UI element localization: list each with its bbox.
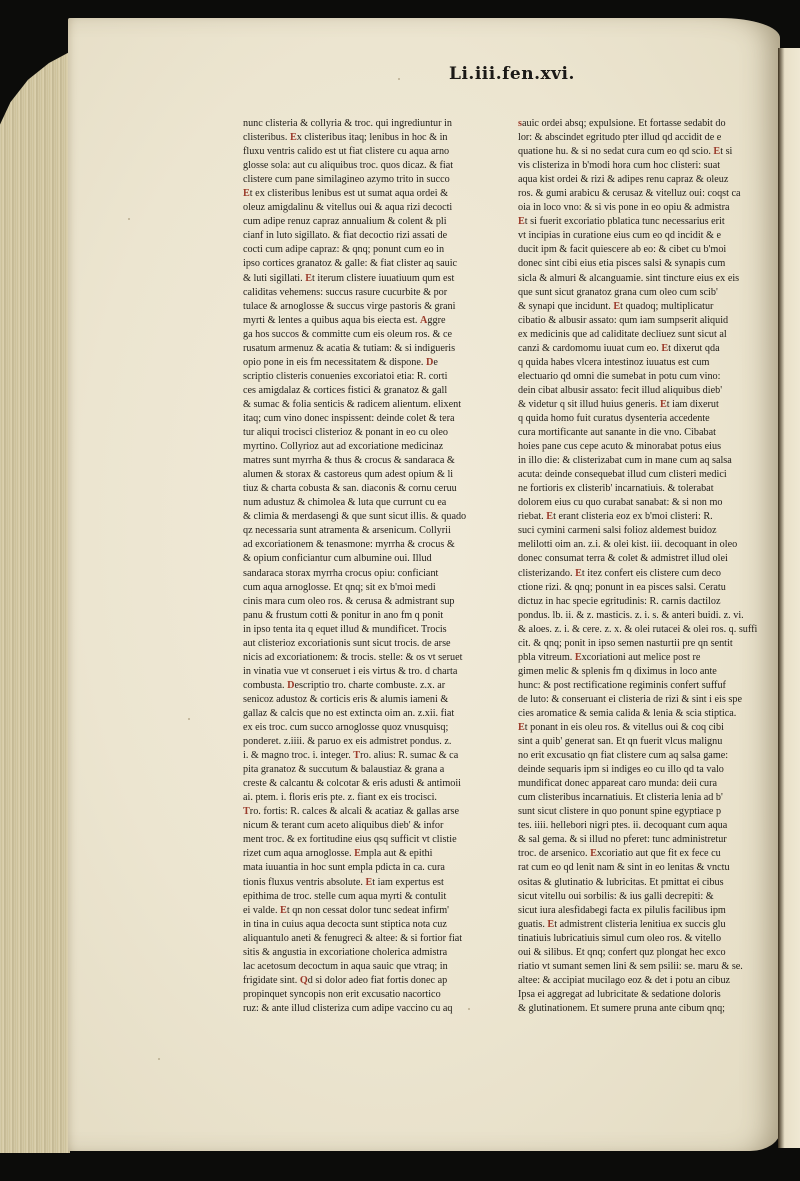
text-line: gimen melic & splenis fm q diximus in lo… — [518, 665, 763, 679]
rubricated-initial: E — [365, 877, 372, 888]
text-line: canzi & cardomomu iuuat cum eo. Et dixer… — [518, 342, 763, 356]
text-line: & videtur q sit illud huius generis. Et … — [518, 398, 763, 412]
text-line: nunc clisteria & collyria & troc. qui in… — [243, 117, 503, 131]
text-line: riatio vt sumant semen lini & sem psilii… — [518, 960, 763, 974]
text-line: melilotti oim an. z.i. & olei kist. iii.… — [518, 538, 763, 552]
text-line: de luto: & conseruant ei clisteria de ri… — [518, 693, 763, 707]
text-line: mundificat donec appareat caro munda: de… — [518, 777, 763, 791]
text-line: oleuz amigdalinu & vitellus oui & aqua r… — [243, 201, 503, 215]
text-line: que sunt sicut granatoz grana cum oleo c… — [518, 286, 763, 300]
rubricated-initial: E — [305, 273, 312, 284]
rubricated-initial: A — [420, 315, 427, 326]
rubricated-initial: E — [547, 919, 554, 930]
text-line: dictuz in hac specie egritudinis: R. car… — [518, 595, 763, 609]
rubricated-initial: E — [518, 722, 525, 733]
text-line: opio pone in eis fm necessitatem & dispo… — [243, 356, 503, 370]
text-line: pondus. lb. ii. & z. masticis. z. i. s. … — [518, 609, 763, 623]
text-line: quatione hu. & si no sedat cura cum eo q… — [518, 145, 763, 159]
facing-page-gutter — [778, 48, 800, 1148]
text-line: ei valde. Et qn non cessat dolor tunc se… — [243, 904, 503, 918]
text-line: propinquet syncopis non erit excusatio n… — [243, 988, 503, 1002]
text-line: Et ponant in eis oleu ros. & vitellus ou… — [518, 721, 763, 735]
text-line: ruz: & ante illud clisteriza cum adipe v… — [243, 1002, 503, 1016]
text-line: aliquantulo aneti & fenugreci & altee: &… — [243, 932, 503, 946]
text-line: & sal gema. & si illud no pferet: tunc a… — [518, 833, 763, 847]
text-line: ment troc. & ex fortitudine eius qsq suf… — [243, 833, 503, 847]
text-line: myrtino. Collyrioz aut ad excoriatione m… — [243, 440, 503, 454]
rubricated-initial: E — [290, 132, 297, 143]
text-line: vis clisteriza in b'modi hora cum hoc cl… — [518, 159, 763, 173]
text-line: lac acetosum decoctum in aqua sauic que … — [243, 960, 503, 974]
text-line: caliditas vehemens: succus rasure cucurb… — [243, 286, 503, 300]
text-line: cies aromatice & semia calida & lenia & … — [518, 707, 763, 721]
text-line: ositas & glutinatio & lubricitas. Et pmi… — [518, 876, 763, 890]
rubricated-initial: s — [518, 118, 522, 129]
text-line: in illo die: & clisterizabat cum in mane… — [518, 454, 763, 468]
text-line: fluxu ventris calido est ut fiat clister… — [243, 145, 503, 159]
text-line: num adustuz & chimolea & luta que currun… — [243, 496, 503, 510]
text-line: ces amigdalaz & cortices fistici & grana… — [243, 384, 503, 398]
text-line: deinde sequaris ipm si indiges eo cu ill… — [518, 763, 763, 777]
text-column-left: nunc clisteria & collyria & troc. qui in… — [243, 117, 508, 1016]
text-line: suci cymini carmeni salsi folioz aldemes… — [518, 524, 763, 538]
text-line: rizet cum aqua arnoglosse. Empla aut & e… — [243, 847, 503, 861]
text-line: ponderet. z.iiii. & paruo ex eis admistr… — [243, 735, 503, 749]
text-line: clisteribus. Ex clisteribus itaq; lenibu… — [243, 131, 503, 145]
text-line: ex eis troc. cum succo arnoglosse quoz v… — [243, 721, 503, 735]
text-line: nicum & terant cum aceto aliquibus dieb'… — [243, 819, 503, 833]
text-line: Et ex clisteribus lenibus est ut sumat a… — [243, 187, 503, 201]
rubricated-initial: E — [546, 511, 553, 522]
text-line: ne fortioris ex clisterib' incarnatiuis.… — [518, 482, 763, 496]
text-line: sunt sicut clistere in quo ponunt spine … — [518, 805, 763, 819]
text-line: panu & frustum cotti & ponitur in ano fm… — [243, 609, 503, 623]
text-line: altee: & accipiat mucilago eoz & det i p… — [518, 974, 763, 988]
text-line: epithima de troc. stelle cum aqua myrti … — [243, 890, 503, 904]
text-line: rusatum armenuz & acatia & tutiam: & si … — [243, 342, 503, 356]
text-line: troc. de arsenico. Excoriatio aut que fi… — [518, 847, 763, 861]
text-line: & opium conficiantur cum albumine oui. I… — [243, 552, 503, 566]
text-line: ctione rizi. & qnq; ponunt in ea pisces … — [518, 581, 763, 595]
rubricated-initial: T — [353, 750, 360, 761]
rubricated-initial: E — [280, 905, 287, 916]
text-line: tinatiuis lubricatiuis simul cum oleo ro… — [518, 932, 763, 946]
text-line: sicla & almuri & alcanguamie. sint tinct… — [518, 272, 763, 286]
rubricated-initial: E — [660, 399, 667, 410]
rubricated-initial: E — [575, 568, 582, 579]
text-line: qz necessaria sunt atramenta & arsenicum… — [243, 524, 503, 538]
text-line: cum aqua arnoglosse. Et qnq; sit ex b'mo… — [243, 581, 503, 595]
text-line: guatis. Et admistrent clisteria lenitiua… — [518, 918, 763, 932]
text-line: ai. ptem. i. floris eris pte. z. fiant e… — [243, 791, 503, 805]
rubricated-initial: E — [661, 343, 668, 354]
text-line: i. & magno troc. i. integer. Tro. alius:… — [243, 749, 503, 763]
text-line: sauic ordei absq; expulsione. Et fortass… — [518, 117, 763, 131]
text-line: electuario qd omni die sumebat in potu c… — [518, 370, 763, 384]
rubricated-initial: E — [713, 146, 720, 157]
text-line: alumen & storax & castoreus qum adest op… — [243, 468, 503, 482]
text-line: ad excoriationem & tenasmone: myrrha & c… — [243, 538, 503, 552]
text-line: cocti cum adipe capraz: & qnq; ponunt cu… — [243, 243, 503, 257]
text-line: ducit ipm & facit quiescere ab eo: & cib… — [518, 243, 763, 257]
text-line: tur aliqui trocisci clisterioz & ponant … — [243, 426, 503, 440]
text-line: aqua kist ordei & rizi & adipes renu cap… — [518, 173, 763, 187]
rubricated-initial: E — [354, 848, 361, 859]
text-line: cianf in luto sigillato. & fiat decoctio… — [243, 229, 503, 243]
text-line: in vinatia vue vt conseruet i eis virtus… — [243, 665, 503, 679]
text-line: cura mortificante aut sanante in die vno… — [518, 426, 763, 440]
rubricated-initial: D — [426, 357, 433, 368]
text-line: itaq; cum vino donec inspissent: deinde … — [243, 412, 503, 426]
text-line: matres sunt myrrha & thus & crocus & san… — [243, 454, 503, 468]
text-line: hunc: & post rectificatione regiminis co… — [518, 679, 763, 693]
text-line: & synapi que incidunt. Et quadoq; multip… — [518, 300, 763, 314]
text-line: clisterizando. Et itez confert eis clist… — [518, 567, 763, 581]
text-line: cinis mara cum oleo ros. & cerusa & admi… — [243, 595, 503, 609]
text-line: sandaraca storax myrrha crocus opiu: con… — [243, 567, 503, 581]
text-line: mata iuuantia in hoc sunt empla pdicta i… — [243, 861, 503, 875]
text-line: ga hos succos & committe cum eis oleum r… — [243, 328, 503, 342]
text-line: tiuz & charta cobusta & san. diaconis & … — [243, 482, 503, 496]
text-line: pbla vitreum. Excoriationi aut melice po… — [518, 651, 763, 665]
text-line: cit. & qnq; ponit in ipso semen nasturti… — [518, 637, 763, 651]
rubricated-initial: D — [287, 680, 294, 691]
text-line: rat cum eo qd lenit nam & sint in eo len… — [518, 861, 763, 875]
text-column-right: sauic ordei absq; expulsione. Et fortass… — [518, 117, 768, 1016]
text-line: Ipsa ei aggregat ad lubricitate & sedati… — [518, 988, 763, 1002]
text-line: dolorem eius cu quo curabat sanabat: & s… — [518, 496, 763, 510]
rubricated-initial: E — [590, 848, 597, 859]
rubricated-initial: E — [518, 216, 525, 227]
rubricated-initial: E — [613, 301, 620, 312]
text-line: glosse sola: aut cu aliquibus troc. quos… — [243, 159, 503, 173]
text-line: donec sint cibi eius etia pisces salsi &… — [518, 257, 763, 271]
text-line: scriptio clisteris conuenies excoriatoi … — [243, 370, 503, 384]
text-line: in tina in cuius aqua decocta sunt stipt… — [243, 918, 503, 932]
running-head: Li.iii.fen.xvi. — [449, 64, 575, 84]
text-line: hoies pane cus cepe acuto & minorabat po… — [518, 440, 763, 454]
text-line: q quida habes vlcera intestinoz iuuatus … — [518, 356, 763, 370]
rubricated-initial: E — [575, 652, 582, 663]
text-line: aut clisterioz excoriationis sunt sicut … — [243, 637, 503, 651]
text-line: ipso cortices granatoz & galle: & fiat c… — [243, 257, 503, 271]
text-line: sicut iura alesfidabegi facta ex pilulis… — [518, 904, 763, 918]
text-line: & sumac & folia senticis & radicem alien… — [243, 398, 503, 412]
text-line: tes. iiii. hellebori nigri ptes. ii. dec… — [518, 819, 763, 833]
rubricated-initial: E — [243, 188, 250, 199]
text-line: lor: & abscindet egritudo pter illud qd … — [518, 131, 763, 145]
text-line: tionis fluxus ventris absolute. Et iam e… — [243, 876, 503, 890]
text-line: sicut vitellu oui sorbilis: & ius galli … — [518, 890, 763, 904]
text-line: Tro. fortis: R. calces & alcali & acatia… — [243, 805, 503, 819]
text-line: & aloes. z. i. & cere. z. x. & olei ruta… — [518, 623, 763, 637]
rubricated-initial: Q — [300, 975, 308, 986]
text-line: donec consumat terra & colet & admistret… — [518, 552, 763, 566]
text-line: acuta: deinde consequebat illud cum clis… — [518, 468, 763, 482]
text-line: sitis & angustia in excoriatione choleri… — [243, 946, 503, 960]
text-line: ros. & gumi arabicu & cerusaz & vitelluz… — [518, 187, 763, 201]
text-line: no erit excusatio qn fiat clistere cum a… — [518, 749, 763, 763]
text-line: creste & calcantu & colcotar & eris adus… — [243, 777, 503, 791]
rubricated-initial: T — [243, 806, 250, 817]
text-line: oia in loco vno: & si vis pone in eo opi… — [518, 201, 763, 215]
text-line: nicis ad excoriationem: & trocis. stelle… — [243, 651, 503, 665]
text-line: cum clisteribus incarnatiuis. Et clister… — [518, 791, 763, 805]
book-fore-edge — [0, 35, 70, 1153]
text-line: & climia & merdasengi & que sunt sicut i… — [243, 510, 503, 524]
text-line: cibatio & albusir assato: qum iam sumpse… — [518, 314, 763, 328]
text-line: q quida homo fuit curatus dysenteria acc… — [518, 412, 763, 426]
text-line: Et si fuerit excoriatio pblatica tunc ne… — [518, 215, 763, 229]
text-line: dein cibat albusir assato: fecit illud a… — [518, 384, 763, 398]
text-line: tulace & arnoglosse & succus virge pasto… — [243, 300, 503, 314]
text-line: sint a quib' generat san. Et qn fuerit v… — [518, 735, 763, 749]
text-line: oui & silibus. Et qnq; confert quz plong… — [518, 946, 763, 960]
text-line: clistere cum pane similagineo azymo trit… — [243, 173, 503, 187]
text-line: combusta. Descriptio tro. charte combust… — [243, 679, 503, 693]
text-line: ex medicinis que ad caliditate decliuez … — [518, 328, 763, 342]
text-line: & glutinationem. Et sumere pruna ante ci… — [518, 1002, 763, 1016]
text-line: pita granatoz & succutum & balaustiaz & … — [243, 763, 503, 777]
text-line: & luti sigillati. Et iterum clistere iuu… — [243, 272, 503, 286]
text-line: cum adipe renuz capraz annualium & colen… — [243, 215, 503, 229]
text-line: frigidate sint. Qd si dolor adeo fiat fo… — [243, 974, 503, 988]
text-line: gallaz & calcis que no est extincta oim … — [243, 707, 503, 721]
text-line: in ipso tenta ita q equet illud & mundif… — [243, 623, 503, 637]
text-line: riebat. Et erant clisteria eoz ex b'moi … — [518, 510, 763, 524]
text-line: myrti & lentes a quibus aqua bis eiecta … — [243, 314, 503, 328]
text-line: senicoz adustoz & corticis eris & alumis… — [243, 693, 503, 707]
text-line: vt incipias in curatione eius cum eo qd … — [518, 229, 763, 243]
